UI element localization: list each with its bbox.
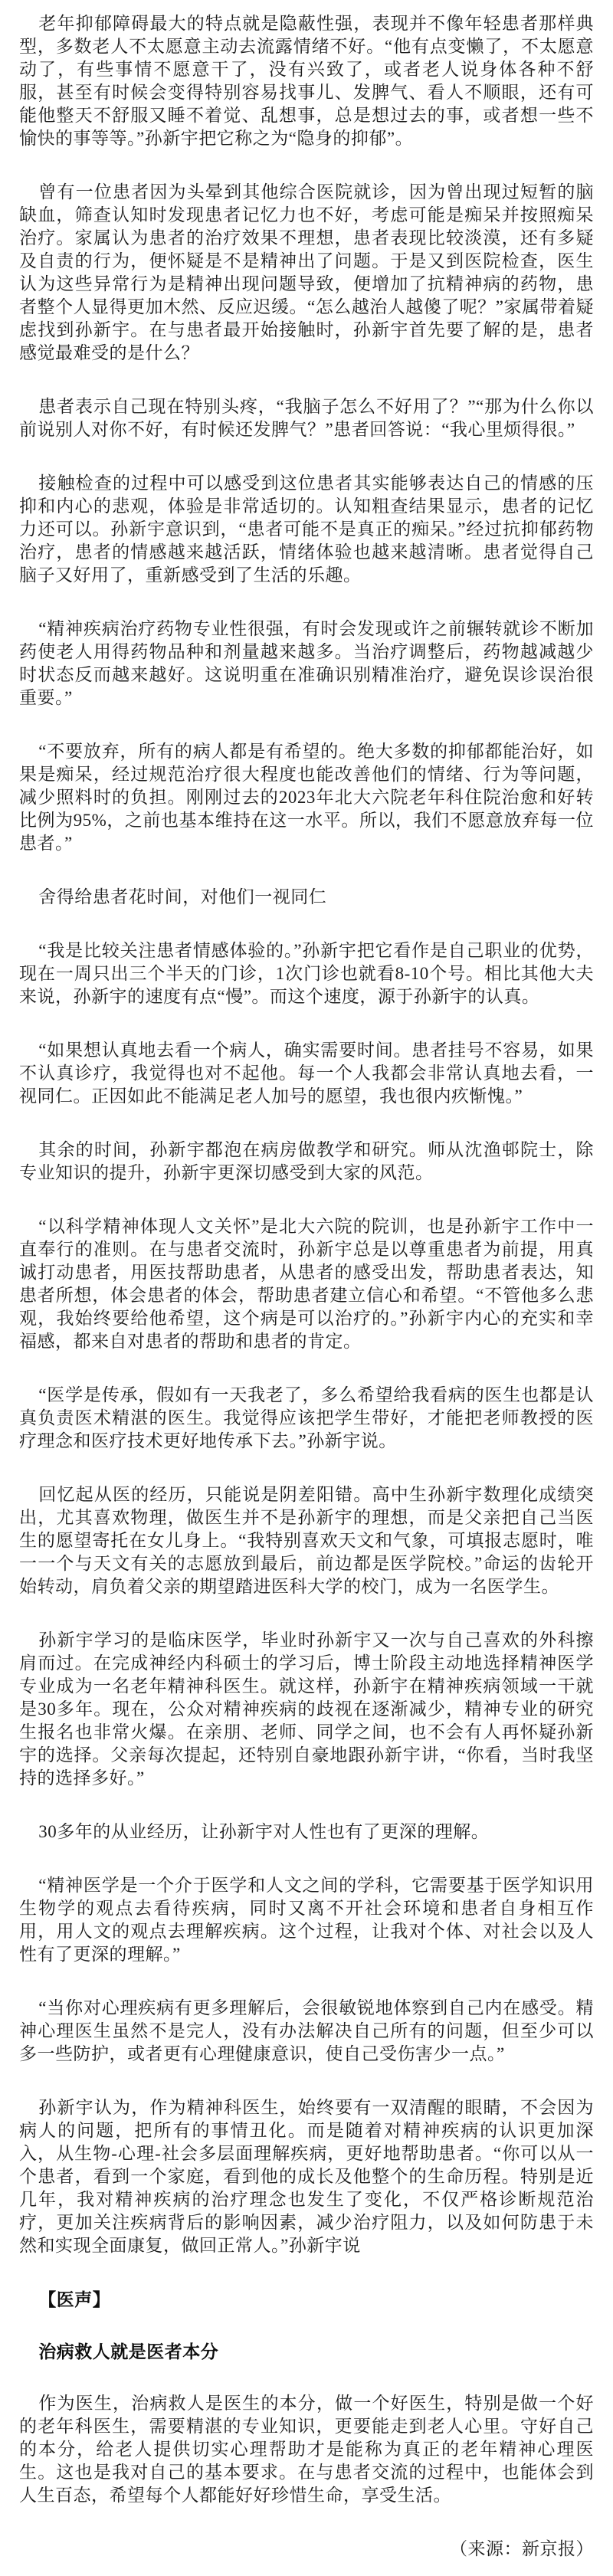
article-paragraph: 曾有一位患者因为头晕到其他综合医院就诊，因为曾出现过短暂的脑缺血，筛查认知时发现… <box>19 181 594 365</box>
article-paragraph: 其余的时间，孙新宇都泡在病房做教学和研究。师从沈渔邨院士，除专业知识的提升，孙新… <box>19 1139 594 1185</box>
article-body: 老年抑郁障碍最大的特点就是隐蔽性强，表现并不像年轻患者那样典型，多数老人不太愿意… <box>0 0 613 2576</box>
article-paragraph: “不要放弃，所有的病人都是有希望的。绝大多数的抑郁都能治好，如果是痴呆，经过规范… <box>19 740 594 855</box>
article-paragraph: “精神疾病治疗药物专业性很强，有时会发现或许之前辗转就诊不断加药使老人用得药物品… <box>19 618 594 710</box>
article-paragraph: 接触检查的过程中可以感受到这位患者其实能够表达自己的情感的压抑和内心的悲观，体验… <box>19 472 594 587</box>
article-paragraph: “精神医学是一个介于医学和人文之间的学科，它需要基于医学知识用生物学的观点去看待… <box>19 1874 594 1966</box>
article-paragraph: 患者表示自己现在特别头疼，“我脑子怎么不好用了？”“那为什么你以前说别人对你不好… <box>19 395 594 441</box>
source-attribution: （来源：新京报） <box>19 2538 594 2561</box>
article-paragraph: “当你对心理疾病有更多理解后，会很敏锐地体察到自己内在感受。精神心理医生虽然不是… <box>19 1997 594 2066</box>
article-paragraph: 孙新宇学习的是临床医学，毕业时孙新宇又一次与自己喜欢的外科擦肩而过。在完成神经内… <box>19 1629 594 1790</box>
section-heading: 治病救人就是医者本分 <box>19 2340 594 2363</box>
article-paragraph: 作为医生，治病救人是医生的本分，做一个好医生，特别是做一个好的老年科医生，需要精… <box>19 2392 594 2507</box>
article-paragraph: “我是比较关注患者情感体验的。”孙新宇把它看作是自己职业的优势，现在一周只出三个… <box>19 939 594 1008</box>
article-paragraph: 30多年的从业经历，让孙新宇对人性也有了更深的理解。 <box>19 1821 594 1844</box>
section-label: 【医声】 <box>19 2288 594 2311</box>
article-paragraph: 孙新宇认为，作为精神科医生，始终要有一双清醒的眼睛，不会因为病人的问题，把所有的… <box>19 2096 594 2257</box>
article-paragraph: “以科学精神体现人文关怀”是北大六院的院训，也是孙新宇工作中一直奉行的准则。在与… <box>19 1215 594 1353</box>
article-paragraph: “医学是传承，假如有一天我老了，多么希望给我看病的医生也都是认真负责医术精湛的医… <box>19 1384 594 1453</box>
article-paragraph: “如果想认真地去看一个病人，确实需要时间。患者挂号不容易，如果不认真诊疗，我觉得… <box>19 1039 594 1108</box>
article-paragraph: 回忆起从医的经历，只能说是阴差阳错。高中生孙新宇数理化成绩突出，尤其喜欢物理，做… <box>19 1483 594 1598</box>
article-paragraph: 老年抑郁障碍最大的特点就是隐蔽性强，表现并不像年轻患者那样典型，多数老人不太愿意… <box>19 12 594 150</box>
section-subtitle: 舍得给患者花时间，对他们一视同仁 <box>19 886 594 909</box>
